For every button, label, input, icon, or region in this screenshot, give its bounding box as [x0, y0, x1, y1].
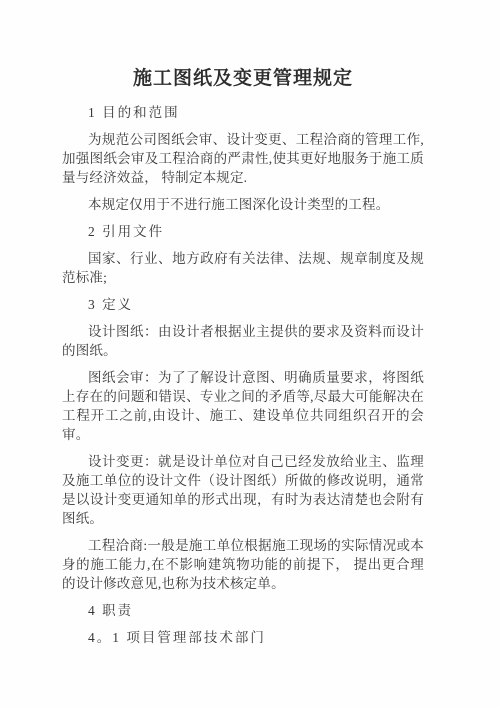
section-heading-referenced-documents: 2 引用文件: [62, 222, 424, 241]
document-page: 施工图纸及变更管理规定 1 目的和范围 为规范公司图纸会审、设计变更、工程洽商的…: [0, 0, 500, 707]
section-heading-responsibilities: 4 职责: [62, 601, 424, 620]
paragraph-definition-design-change: 设计变更：就是设计单位对自己已经发放给业主、监理及施工单位的设计文件（设计图纸）…: [62, 452, 424, 528]
paragraph-purpose: 为规范公司图纸会审、设计变更、工程洽商的管理工作,加强图纸会审及工程洽商的严肃性…: [62, 130, 424, 187]
section-heading-purpose-scope: 1 目的和范围: [62, 103, 424, 122]
paragraph-referenced-documents: 国家、行业、地方政府有关法律、法规、规章制度及规范标准;: [62, 249, 424, 287]
paragraph-definition-design-drawings: 设计图纸：由设计者根据业主提供的要求及资料而设计的图纸。: [62, 322, 424, 360]
section-heading-project-management-technical-dept: 4。1 项目管理部技术部门: [62, 628, 424, 647]
document-title: 施工图纸及变更管理规定: [62, 67, 424, 91]
section-heading-definitions: 3 定义: [62, 295, 424, 314]
paragraph-applicability: 本规定仅用于不进行施工图深化设计类型的工程。: [62, 195, 424, 214]
paragraph-definition-engineering-negotiation: 工程洽商:一般是施工单位根据施工现场的实际情况或本身的施工能力,在不影响建筑物功…: [62, 536, 424, 593]
paragraph-definition-drawing-review: 图纸会审：为了了解设计意图、明确质量要求，将图纸上存在的问题和错误、专业之间的矛…: [62, 368, 424, 444]
